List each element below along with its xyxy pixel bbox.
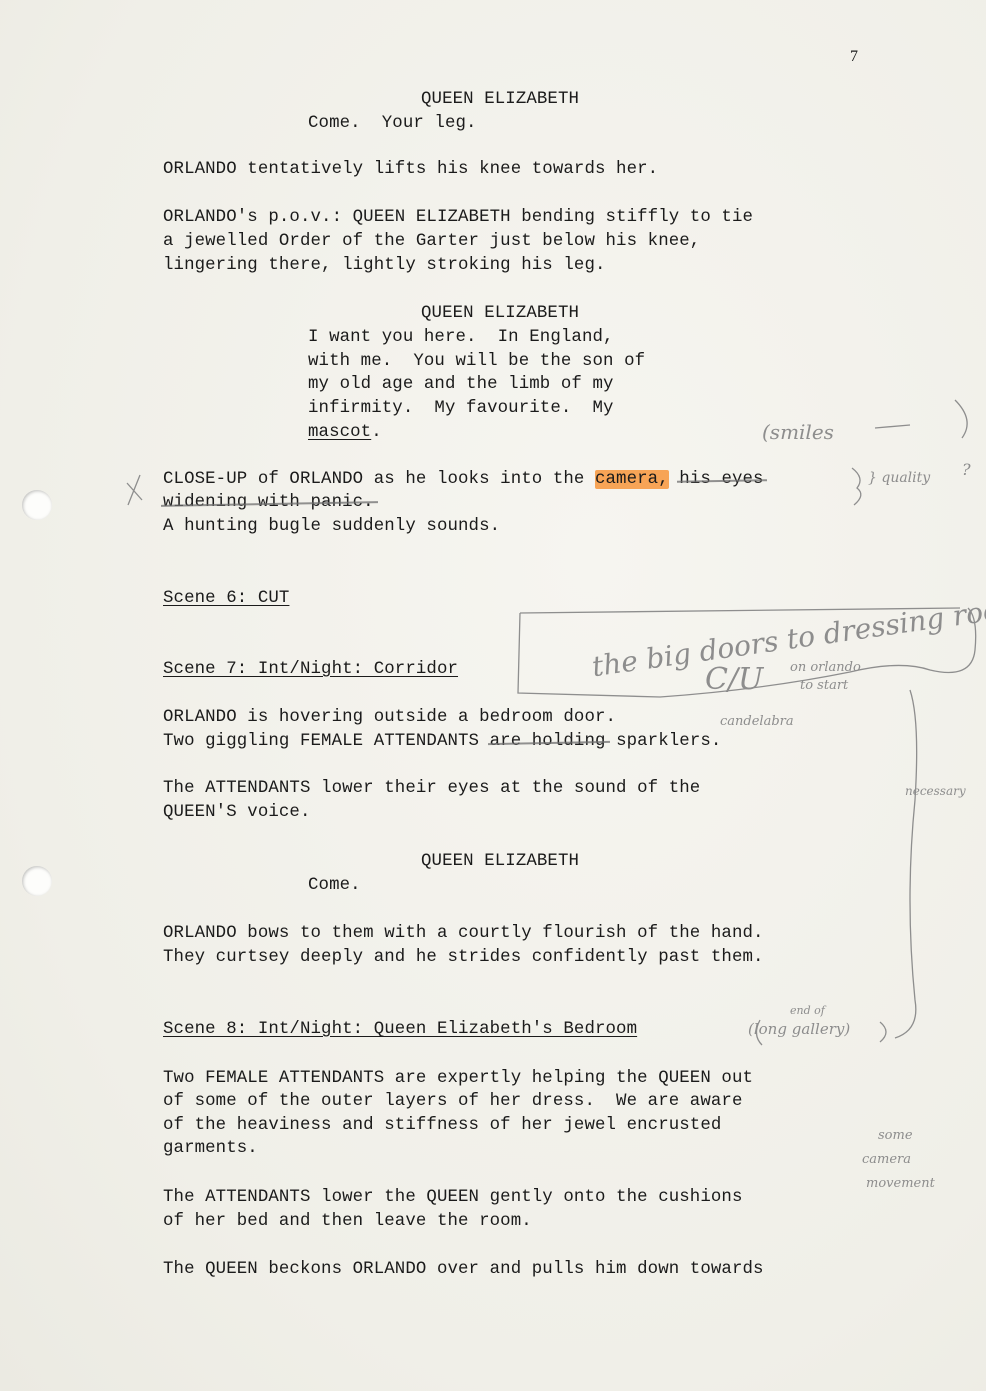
action-line: garments. (163, 1137, 258, 1161)
annotation-to-start: to start (800, 678, 848, 693)
punch-hole (22, 866, 52, 896)
character-cue: QUEEN ELIZABETH (421, 302, 579, 326)
action-line: ORLANDO's p.o.v.: QUEEN ELIZABETH bendin… (163, 206, 753, 230)
dialogue: Come. (308, 874, 361, 898)
action-line: A hunting bugle suddenly sounds. (163, 515, 500, 539)
dialogue: infirmity. My favourite. My (308, 397, 614, 421)
action-line: CLOSE-UP of ORLANDO as he looks into the… (163, 468, 764, 492)
annotation-candelabra: candelabra (720, 714, 794, 729)
struck-text: widening with panic. (163, 493, 374, 512)
action-line: They curtsey deeply and he strides confi… (163, 946, 764, 970)
annotation-necessary: necessary (905, 784, 966, 798)
character-cue: QUEEN ELIZABETH (421, 88, 579, 112)
dialogue: Come. Your leg. (308, 112, 477, 136)
page-number: 7 (850, 48, 858, 66)
punch-hole (22, 490, 52, 520)
action-line: The ATTENDANTS lower their eyes at the s… (163, 777, 700, 801)
scene-heading: Scene 6: CUT (163, 587, 289, 611)
action-line: a jewelled Order of the Garter just belo… (163, 230, 700, 254)
text: CLOSE-UP of ORLANDO as he looks into the (163, 470, 595, 489)
dialogue: I want you here. In England, (308, 326, 614, 350)
scene-heading: Scene 8: Int/Night: Queen Elizabeth's Be… (163, 1018, 637, 1042)
highlighted-word: camera, (595, 470, 669, 489)
action-line: ORLANDO is hovering outside a bedroom do… (163, 706, 616, 730)
annotation-question: ? (962, 460, 971, 479)
character-cue: QUEEN ELIZABETH (421, 850, 579, 874)
action-line: The ATTENDANTS lower the QUEEN gently on… (163, 1186, 742, 1210)
annotation-smiles: (smiles (762, 420, 834, 444)
action-line: widening with panic. (163, 491, 374, 515)
annotation-movement: movement (866, 1176, 935, 1191)
action-line: of the heaviness and stiffness of her je… (163, 1114, 721, 1138)
annotation-long-gallery: (long gallery) (748, 1020, 850, 1038)
dialogue: with me. You will be the son of (308, 350, 645, 374)
annotation-some: some (878, 1128, 913, 1143)
annotation-on-orlando: on orlando (790, 660, 861, 675)
dialogue: my old age and the limb of my (308, 373, 614, 397)
annotation-end-of: end of (790, 1004, 825, 1017)
annotation-camera: camera (862, 1152, 911, 1167)
underlined-word: mascot (308, 423, 371, 442)
punctuation: . (371, 423, 382, 442)
action-line: ORLANDO tentatively lifts his knee towar… (163, 158, 658, 182)
action-line: The QUEEN beckons ORLANDO over and pulls… (163, 1258, 764, 1282)
action-line: lingering there, lightly stroking his le… (163, 254, 606, 278)
text (669, 470, 680, 489)
text: Two giggling FEMALE ATTENDANTS (163, 732, 490, 751)
action-line: Two FEMALE ATTENDANTS are expertly helpi… (163, 1067, 753, 1091)
script-page: 7 QUEEN ELIZABETH Come. Your leg. ORLAND… (0, 0, 986, 1391)
scene-heading: Scene 7: Int/Night: Corridor (163, 658, 458, 682)
annotation-big-doors: the big doors to dressing room (590, 590, 986, 684)
struck-text: his eyes (679, 470, 763, 489)
dialogue: mascot. (308, 421, 382, 445)
action-line: of her bed and then leave the room. (163, 1210, 532, 1234)
action-line: QUEEN'S voice. (163, 801, 311, 825)
action-line: Two giggling FEMALE ATTENDANTS are holdi… (163, 730, 721, 754)
annotation-cu: C/U (705, 662, 763, 697)
annotation-quality: } quality (868, 470, 930, 486)
text: sparklers. (606, 732, 722, 751)
action-line: of some of the outer layers of her dress… (163, 1090, 742, 1114)
struck-text: are holding (490, 732, 606, 751)
action-line: ORLANDO bows to them with a courtly flou… (163, 922, 764, 946)
